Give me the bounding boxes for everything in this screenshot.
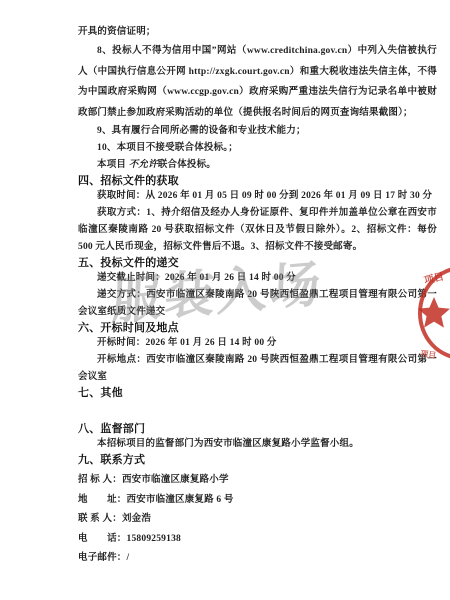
section-6-paragraph: 开标地点：西安市临潼区秦陵南路 20 号陕西恒盈鼎工程项目管理有限公司第一会议室 xyxy=(78,352,437,386)
contact-value: 刘金浩 xyxy=(122,514,151,524)
contact-value: 西安市临潼区康复路小学 xyxy=(122,475,229,485)
section-8-paragraph: 本招标项目的监督部门为西安市临潼区康复路小学监督小组。 xyxy=(78,436,437,453)
carryover-line: 开具的资信证明； xyxy=(78,24,437,41)
contact-row-email: 电子邮件：/ xyxy=(78,549,437,569)
section-6-paragraph: 开标时间：2026 年 01 月 26 日 14 时 00 分 xyxy=(78,335,437,352)
contact-row-phone: 电 话：15809259138 xyxy=(78,530,437,550)
joint-bid-note-emphasis: 不允许 xyxy=(129,160,158,170)
contact-label: 地 址： xyxy=(78,495,127,505)
section-5-paragraph: 递交截止时间：2026 年 01 月 26 日 14 时 00 分 xyxy=(78,270,437,287)
section-heading-7: 七、其他 xyxy=(78,386,437,400)
section-heading-8: 八、监督部门 xyxy=(78,422,437,436)
contact-label: 联 系 人： xyxy=(78,514,122,524)
section-heading-9: 九、联系方式 xyxy=(78,453,437,467)
contact-row-bidder: 招 标 人：西安市临潼区康复路小学 xyxy=(78,471,437,491)
joint-bid-note-prefix: 本项目 xyxy=(97,160,129,170)
section-4-paragraph: 获取时间：从 2026 年 01 月 05 日 09 时 00 分到 2026 … xyxy=(78,188,437,205)
joint-bid-note: 本项目 不允许联合体投标。 xyxy=(78,157,437,174)
contact-label: 电子邮件： xyxy=(78,553,127,563)
document-page: 服装入场 项目 项目 开具的资信证明； 8、投标人不得为信用中国”网站（www.… xyxy=(0,0,450,600)
contact-label: 招 标 人： xyxy=(78,475,122,485)
contact-row-person: 联 系 人：刘金浩 xyxy=(78,510,437,530)
clause-9: 9、具有履行合同所必需的设备和专业技术能力； xyxy=(78,123,437,140)
section-heading-5: 五、投标文件的递交 xyxy=(78,256,437,270)
section-4-paragraph: 获取方式：1、持介绍信及经办人身份证原件、复印件并加盖单位公章在西安市临潼区秦陵… xyxy=(78,205,437,256)
contact-label: 电 话： xyxy=(78,534,127,544)
section-heading-6: 六、开标时间及地点 xyxy=(78,321,437,335)
blank-gap xyxy=(78,400,437,422)
contact-value: 西安市临潼区康复路 6 号 xyxy=(127,495,234,505)
section-5-paragraph: 递交方式：西安市临潼区秦陵南路 20 号陕西恒盈鼎工程项目管理有限公司第一会议室… xyxy=(78,287,437,321)
contact-list: 招 标 人：西安市临潼区康复路小学 地 址：西安市临潼区康复路 6 号 联 系 … xyxy=(78,471,437,569)
contact-value: 15809259138 xyxy=(127,534,181,544)
document-body: 开具的资信证明； 8、投标人不得为信用中国”网站（www.creditchina… xyxy=(78,24,437,569)
section-heading-4: 四、招标文件的获取 xyxy=(78,174,437,188)
clause-8: 8、投标人不得为信用中国”网站（www.creditchina.gov.cn）中… xyxy=(78,41,437,123)
contact-value: / xyxy=(127,553,130,563)
clause-10: 10、本项目不接受联合体投标。； xyxy=(78,140,437,157)
contact-row-address: 地 址：西安市临潼区康复路 6 号 xyxy=(78,491,437,511)
joint-bid-note-suffix: 联合体投标。 xyxy=(158,160,216,170)
